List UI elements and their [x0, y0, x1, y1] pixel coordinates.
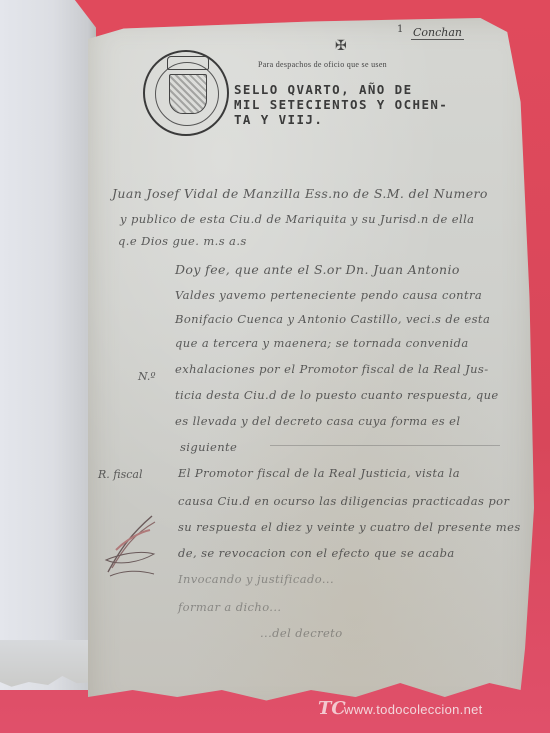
handwritten-line: es llevada y del decreto casa cuya forma… — [175, 414, 460, 428]
handwritten-line: Doy fee, que ante el S.or Dn. Juan Anton… — [175, 262, 460, 277]
corner-number: 1 — [397, 24, 403, 35]
handwritten-line: Juan Josef Vidal de Manzilla Ess.no de S… — [112, 186, 488, 201]
handwritten-line: El Promotor fiscal de la Real Justicia, … — [178, 466, 460, 480]
handwritten-line: ticia desta Ciu.d de lo puesto cuanto re… — [175, 388, 499, 402]
cross-mark-icon: ✠ — [335, 38, 347, 54]
margin-note: N.º — [138, 370, 156, 383]
handwritten-line: q.e Dios gue. m.s a.s — [118, 234, 247, 248]
sello-title-line: SELLO QVARTO, AÑO DE — [234, 82, 514, 97]
handwritten-line: Bonifacio Cuenca y Antonio Castillo, vec… — [175, 312, 490, 326]
watermark-url: www.todocoleccion.net — [344, 702, 483, 717]
folded-left-page — [0, 0, 96, 690]
handwritten-line: Valdes yavemo perteneciente pendo causa … — [175, 288, 482, 302]
handwritten-line: causa Ciu.d en ocurso las diligencias pr… — [178, 494, 509, 508]
sello-title: SELLO QVARTO, AÑO DE MIL SETECIENTOS Y O… — [234, 82, 514, 127]
todocoleccion-logo-icon: TC — [318, 697, 340, 721]
coat-of-arms-icon — [169, 74, 207, 114]
margin-note: R. fiscal — [98, 468, 143, 481]
handwritten-line: ...del decreto — [260, 626, 343, 640]
sello-title-line: MIL SETECIENTOS Y OCHEN- — [234, 97, 514, 112]
crown-icon — [167, 56, 209, 70]
handwritten-line: su respuesta el diez y veinte y cuatro d… — [178, 520, 521, 534]
handwritten-line: que a tercera y maenera; se tornada conv… — [175, 336, 469, 350]
sello-title-line: TA Y VIIJ. — [234, 112, 514, 127]
handwritten-line: formar a dicho... — [178, 600, 281, 614]
todocoleccion-watermark: TC www.todocoleccion.net — [318, 697, 483, 721]
handwritten-line: siguiente — [180, 440, 237, 454]
ruled-divider — [270, 445, 500, 446]
handwritten-line: y publico de esta Ciu.d de Mariquita y s… — [120, 212, 474, 226]
rubric-flourish-icon — [100, 510, 160, 580]
corner-note: Conchan — [411, 26, 464, 40]
royal-seal-stamp — [143, 50, 229, 136]
printed-header: Para despachos de oficio que se usen — [258, 60, 387, 69]
handwritten-line: de, se revocacion con el efecto que se a… — [178, 546, 455, 560]
handwritten-line: exhalaciones por el Promotor fiscal de l… — [175, 362, 489, 376]
handwritten-line: Invocando y justificado... — [178, 572, 334, 586]
